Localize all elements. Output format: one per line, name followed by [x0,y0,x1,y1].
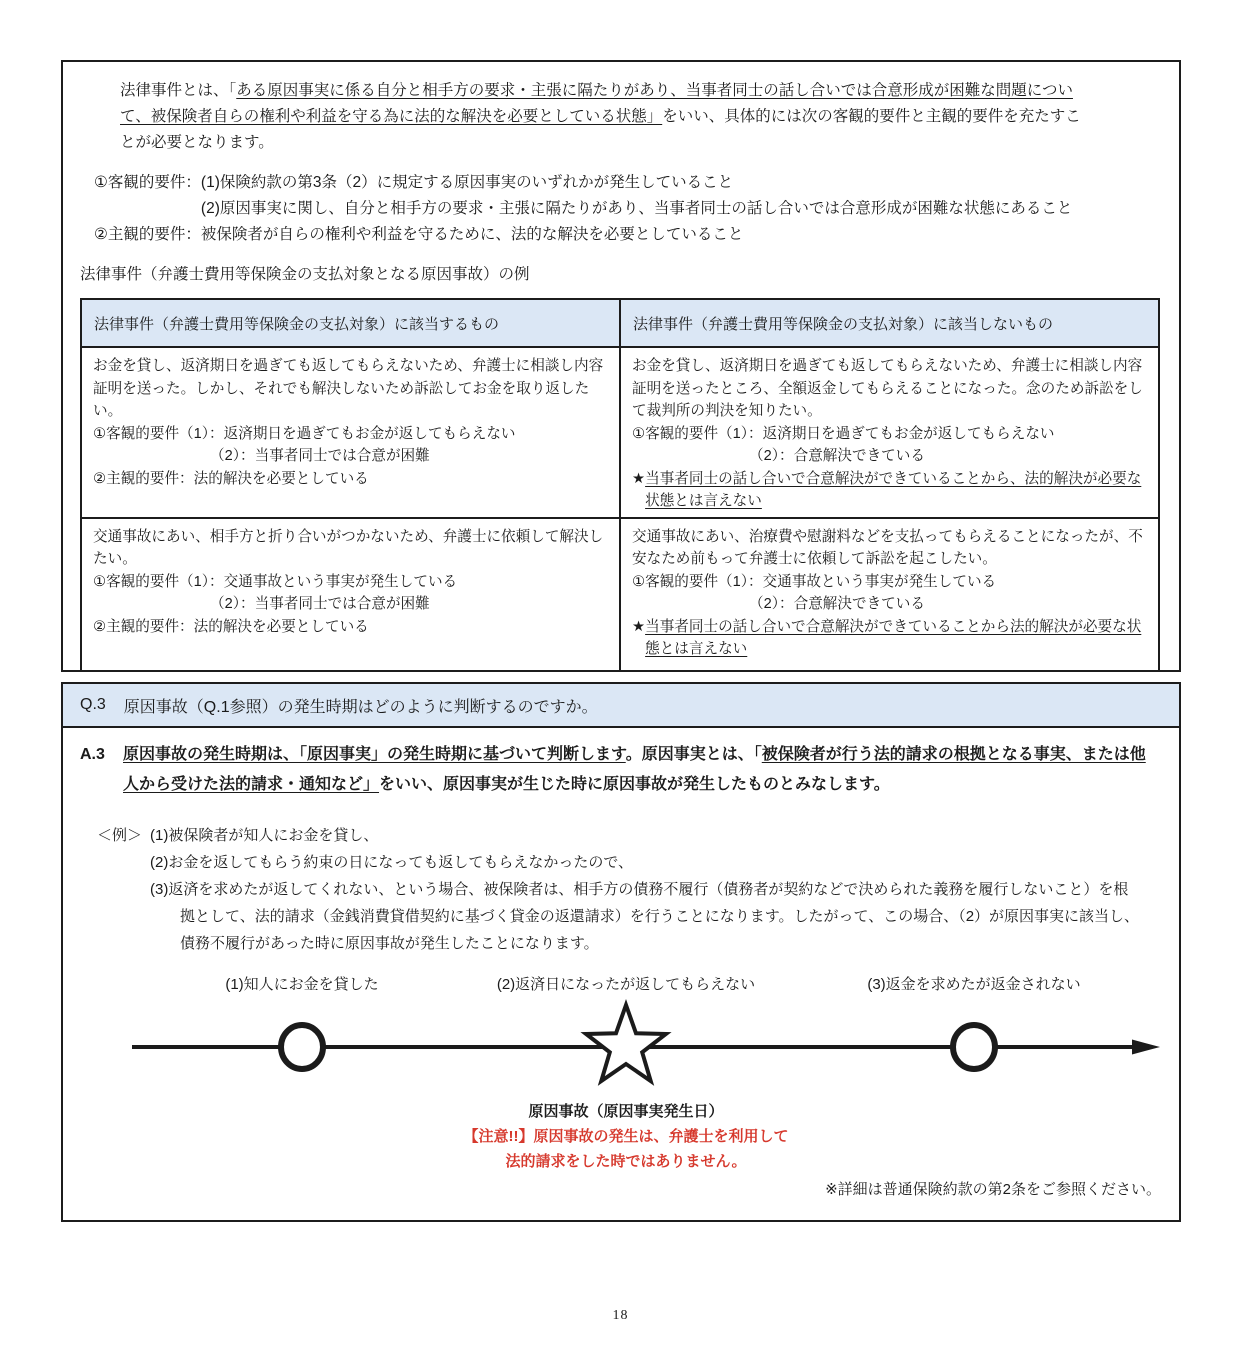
document-page: 法律事件とは、「ある原因事実に係る自分と相手方の要求・主張に隔たりがあり、当事者… [61,60,1181,1222]
a3-example-block: ＜例＞ (1)被保険者が知人にお金を貸し、 (2)お金を返してもらう約束の日にな… [97,822,1161,957]
page-number: 18 [0,1308,1241,1324]
definition-text-pre: 法律事件とは、「 [120,82,236,99]
case-body: お金を貸し、返済期日を過ぎても返してもらえないため、弁護士に相談し内容証明を送っ… [632,355,1147,423]
table-header-not-covered: 法律事件（弁護士費用等保険金の支払対象）に該当しないもの [620,299,1159,347]
case-subjective: ②主観的要件：法的解決を必要としている [93,616,608,639]
case-subjective: ②主観的要件：法的解決を必要としている [93,468,608,491]
case-cell-accident-covered: 交通事故にあい、相手方と折り合いがつかないため、弁護士に依頼して解決したい。 ①… [81,518,620,673]
timeline-circle-1-icon [281,1025,323,1069]
star-note-text: 当事者同士の話し合いで合意解決ができていることから法的解決が必要な状態とは言えな… [645,616,1147,661]
objective-requirement-label: ①客観的要件： [94,170,201,222]
case-star-note: ★ 当事者同士の話し合いで合意解決ができていることから法的解決が必要な状態とは言… [632,616,1147,661]
case-cell-accident-not-covered: 交通事故にあい、治療費や慰謝料などを支払ってもらえることになったが、不安なため前… [620,518,1159,673]
case-cell-loan-covered: お金を貸し、返済期日を過ぎても返してもらえないため、弁護士に相談し内容証明を送っ… [81,347,620,518]
timeline-label-3: (3)返金を求めたが返金されない [867,973,1080,994]
q3-question-band: Q.3 原因事故（Q.1参照）の発生時期はどのように判断するのですか。 [61,682,1181,728]
q3-label: Q.3 [80,696,106,714]
case-objective2: （2）：当事者同士では合意が困難 [93,593,608,616]
warning-text-line2: 法的請求をした時ではありません。 [426,1149,826,1174]
timeline-label-1: (1)知人にお金を貸した [225,973,378,994]
example-item-2: (2)お金を返してもらう約束の日になっても返してもらえなかったので、 [150,849,1140,876]
timeline-arrow-icon [1132,1040,1160,1055]
case-body: お金を貸し、返済期日を過ぎても返してもらえないため、弁護士に相談し内容証明を送っ… [93,355,608,423]
case-objective2: （2）：合意解決できている [632,445,1147,468]
table-header-covered: 法律事件（弁護士費用等保険金の支払対象）に該当するもの [81,299,620,347]
case-objective1: ①客観的要件（1）：返済期日を過ぎてもお金が返してもらえない [632,423,1147,446]
objective-requirement-item2: (2)原因事実に関し、自分と相手方の要求・主張に隔たりがあり、当事者同士の話し合… [201,196,1072,222]
timeline-graphic [132,997,1162,1097]
a3-answer-text: 原因事故の発生時期は、「原因事実」の発生時期に基づいて判断します。原因事実とは、… [123,740,1153,800]
legal-case-table: 法律事件（弁護士費用等保険金の支払対象）に該当するもの 法律事件（弁護士費用等保… [80,298,1160,672]
case-body: 交通事故にあい、治療費や慰謝料などを支払ってもらえることになったが、不安なため前… [632,526,1147,571]
objective-requirement: ①客観的要件： (1)保険約款の第3条（2）に規定する原因事実のいずれかが発生し… [94,170,1159,222]
legal-case-definition-box: 法律事件とは、「ある原因事実に係る自分と相手方の要求・主張に隔たりがあり、当事者… [61,60,1181,672]
cause-caption: 原因事故（原因事実発生日） [426,1099,826,1124]
a3-answer-mid: 。原因事実とは、「 [626,746,762,763]
a3-answer-box: A.3 原因事故の発生時期は、「原因事実」の発生時期に基づいて判断します。原因事… [61,726,1181,1222]
timeline-star-icon [586,1005,666,1081]
star-icon: ★ [632,468,645,513]
a3-answer-underlined1: 原因事故の発生時期は、「原因事実」の発生時期に基づいて判断します [123,746,626,763]
case-objective1: ①客観的要件（1）：返済期日を過ぎてもお金が返してもらえない [93,423,608,446]
timeline-label-2: (2)返済日になったが返してもらえない [497,973,755,994]
definition-paragraph: 法律事件とは、「ある原因事実に係る自分と相手方の要求・主張に隔たりがあり、当事者… [120,78,1082,156]
case-objective2: （2）：合意解決できている [632,593,1147,616]
q3-question-text: 原因事故（Q.1参照）の発生時期はどのように判断するのですか。 [124,694,598,717]
example-item-3: (3)返済を求めたが返してくれない、という場合、被保険者は、相手方の債務不履行（… [150,876,1140,957]
a3-answer-tail: をいい、原因事実が生じた時に原因事故が発生したものとみなします。 [379,776,890,793]
case-objective1: ①客観的要件（1）：交通事故という事実が発生している [93,571,608,594]
case-body: 交通事故にあい、相手方と折り合いがつかないため、弁護士に依頼して解決したい。 [93,526,608,571]
subjective-requirement: ②主観的要件：被保険者が自らの権利や利益を守るために、法的な解決を必要としている… [94,222,1159,248]
star-note-text: 当事者同士の話し合いで合意解決ができていることから、法的解決が必要な状態とは言え… [645,468,1147,513]
example-label: ＜例＞ [97,822,150,957]
requirements-block: ①客観的要件： (1)保険約款の第3条（2）に規定する原因事実のいずれかが発生し… [94,170,1159,248]
case-star-note: ★ 当事者同士の話し合いで合意解決ができていることから、法的解決が必要な状態とは… [632,468,1147,513]
case-objective1: ①客観的要件（1）：交通事故という事実が発生している [632,571,1147,594]
table-example-caption: 法律事件（弁護士費用等保険金の支払対象となる原因事故）の例 [80,262,1159,288]
a3-label: A.3 [80,740,123,800]
case-objective2: （2）：当事者同士では合意が困難 [93,445,608,468]
timeline-figure: (1)知人にお金を貸した (2)返済日になったが返してもらえない (3)返金を求… [80,973,1161,1097]
cause-caption-block: 原因事故（原因事実発生日） 【注意!!】原因事故の発生は、弁護士を利用して 法的… [426,1099,826,1174]
example-item-1: (1)被保険者が知人にお金を貸し、 [150,822,1140,849]
star-icon: ★ [632,616,645,661]
objective-requirement-item1: (1)保険約款の第3条（2）に規定する原因事実のいずれかが発生していること [201,170,1072,196]
reference-note: ※詳細は普通保険約款の第2条をご参照ください。 [80,1178,1161,1199]
case-cell-loan-not-covered: お金を貸し、返済期日を過ぎても返してもらえないため、弁護士に相談し内容証明を送っ… [620,347,1159,518]
warning-text-line1: 【注意!!】原因事故の発生は、弁護士を利用して [426,1124,826,1149]
timeline-circle-2-icon [953,1025,995,1069]
